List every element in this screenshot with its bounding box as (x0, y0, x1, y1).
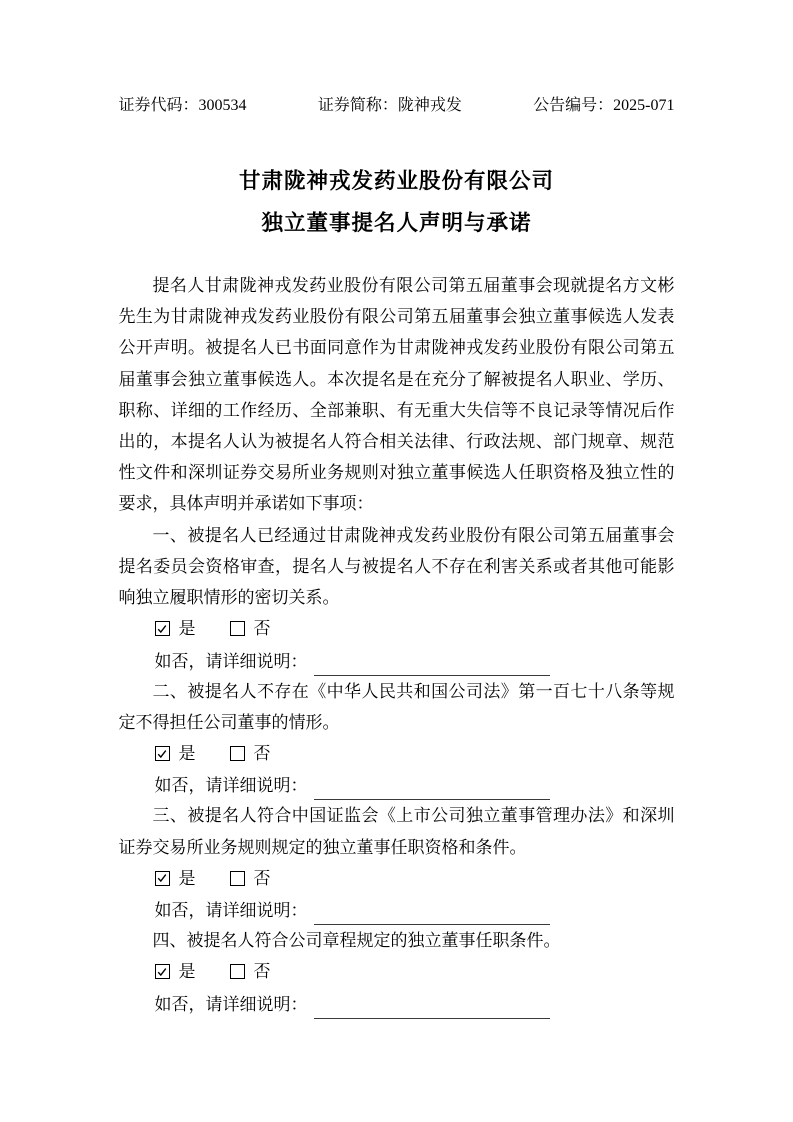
declaration-item-4: 四、被提名人符合公司章程规定的独立董事任职条件。 (119, 925, 675, 956)
yes-label: 是 (179, 956, 196, 987)
detail-label: 如否，请详细说明： (155, 771, 308, 800)
no-label: 否 (254, 613, 271, 644)
item-4-no-option[interactable]: 否 (230, 956, 271, 987)
item-2-detail-blank-field[interactable] (314, 777, 550, 800)
item-3-detail-row: 如否，请详细说明： (119, 894, 675, 925)
declaration-item-3: 三、被提名人符合中国证监会《上市公司独立董事管理办法》和深圳证券交易所业务规则规… (119, 800, 675, 862)
item-3-answer-row: 是 否 (119, 863, 675, 894)
item-4-detail-blank-field[interactable] (314, 996, 550, 1019)
checked-checkbox-icon[interactable] (155, 621, 170, 636)
no-label: 否 (254, 956, 271, 987)
no-label: 否 (254, 738, 271, 769)
item-2-detail-row: 如否，请详细说明： (119, 769, 675, 800)
item-1-yes-option[interactable]: 是 (155, 613, 196, 644)
document-body: 提名人甘肃陇神戎发药业股份有限公司第五届董事会现就提名方文彬先生为甘肃陇神戎发药… (119, 270, 675, 1019)
title-block: 甘肃陇神戎发药业股份有限公司 独立董事提名人声明与承诺 (119, 160, 675, 244)
checked-checkbox-icon[interactable] (155, 964, 170, 979)
item-3-detail-blank-field[interactable] (314, 902, 550, 925)
declaration-item-2: 二、被提名人不存在《中华人民共和国公司法》第一百七十八条等规定不得担任公司董事的… (119, 676, 675, 738)
item-1-detail-blank-field[interactable] (314, 653, 550, 676)
security-name: 证券简称：陇神戎发 (318, 96, 462, 116)
detail-label: 如否，请详细说明： (155, 647, 308, 676)
unchecked-checkbox-icon[interactable] (230, 746, 245, 761)
no-label: 否 (254, 863, 271, 894)
item-2-yes-option[interactable]: 是 (155, 738, 196, 769)
document-header: 证券代码：300534 证券简称：陇神戎发 公告编号：2025-071 (119, 96, 675, 116)
unchecked-checkbox-icon[interactable] (230, 964, 245, 979)
company-title: 甘肃陇神戎发药业股份有限公司 (119, 160, 675, 202)
item-4-yes-option[interactable]: 是 (155, 956, 196, 987)
item-4-detail-row: 如否，请详细说明： (119, 988, 675, 1019)
item-3-no-option[interactable]: 否 (230, 863, 271, 894)
yes-label: 是 (179, 738, 196, 769)
item-3-yes-option[interactable]: 是 (155, 863, 196, 894)
yes-label: 是 (179, 863, 196, 894)
document-title: 独立董事提名人声明与承诺 (119, 202, 675, 244)
intro-paragraph: 提名人甘肃陇神戎发药业股份有限公司第五届董事会现就提名方文彬先生为甘肃陇神戎发药… (119, 270, 675, 520)
item-1-no-option[interactable]: 否 (230, 613, 271, 644)
item-2-no-option[interactable]: 否 (230, 738, 271, 769)
item-2-answer-row: 是 否 (119, 738, 675, 769)
checked-checkbox-icon[interactable] (155, 871, 170, 886)
yes-label: 是 (179, 613, 196, 644)
announcement-number: 公告编号：2025-071 (533, 96, 674, 116)
document-page: 证券代码：300534 证券简称：陇神戎发 公告编号：2025-071 甘肃陇神… (119, 0, 675, 1019)
security-code: 证券代码：300534 (119, 96, 247, 116)
item-1-answer-row: 是 否 (119, 613, 675, 644)
item-4-answer-row: 是 否 (119, 956, 675, 987)
item-1-detail-row: 如否，请详细说明： (119, 644, 675, 675)
checked-checkbox-icon[interactable] (155, 746, 170, 761)
detail-label: 如否，请详细说明： (155, 896, 308, 925)
declaration-item-1: 一、被提名人已经通过甘肃陇神戎发药业股份有限公司第五届董事会提名委员会资格审查，… (119, 520, 675, 614)
unchecked-checkbox-icon[interactable] (230, 621, 245, 636)
detail-label: 如否，请详细说明： (155, 990, 308, 1019)
unchecked-checkbox-icon[interactable] (230, 871, 245, 886)
